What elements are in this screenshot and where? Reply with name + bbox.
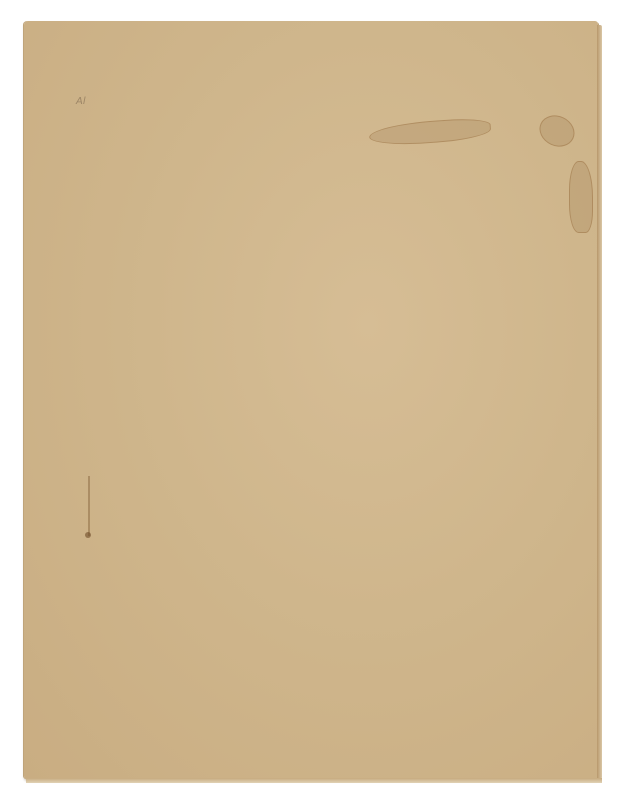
- drip-mark: [88, 476, 90, 536]
- drip-dot: [85, 532, 91, 538]
- water-stain: [368, 117, 491, 147]
- pencil-mark: Al: [76, 96, 86, 107]
- paper-bottom-edge: [26, 778, 602, 783]
- water-stain: [534, 110, 579, 152]
- aged-paper-sheet: Al: [24, 21, 598, 779]
- paper-right-edge: [597, 25, 602, 779]
- water-stain: [569, 161, 593, 233]
